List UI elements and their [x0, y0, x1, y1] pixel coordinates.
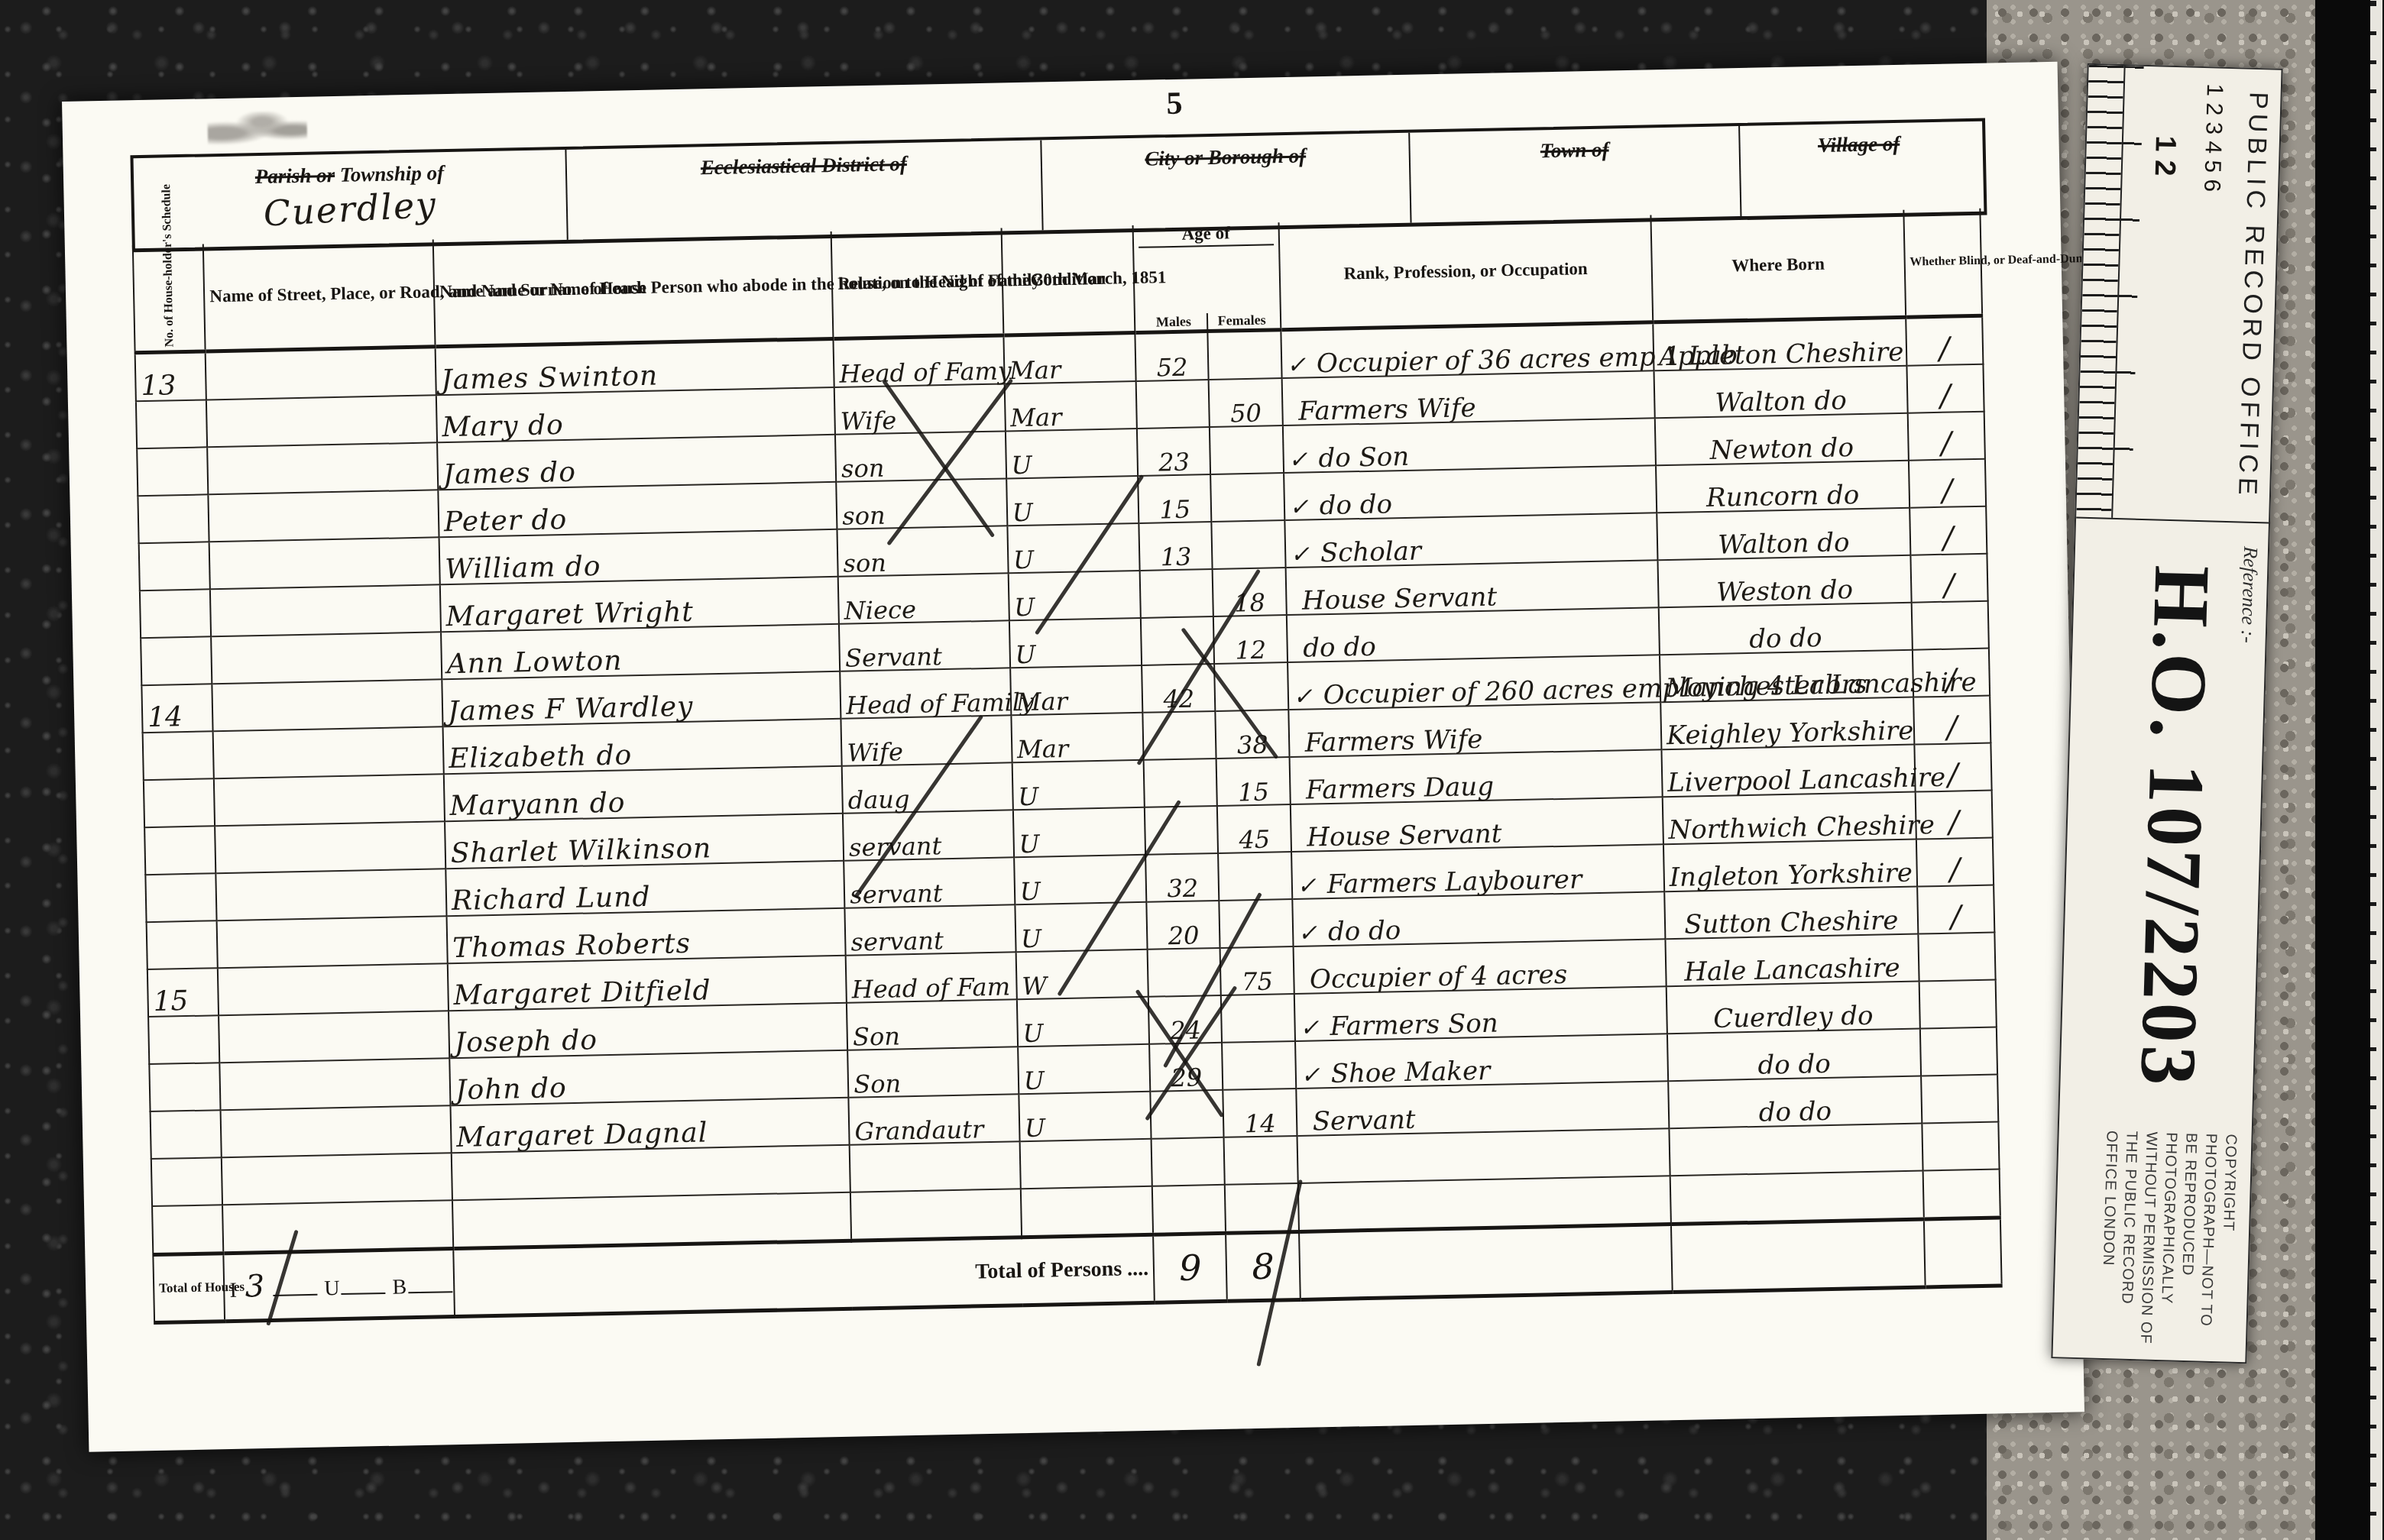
occupation-cell: Servant [1296, 1081, 1669, 1136]
schedule-number [151, 1110, 222, 1159]
inhabited-count: 3 [245, 1269, 266, 1305]
age-female-cell: 38 [1216, 710, 1289, 759]
birthplace-cell: Keighley Yorkshire [1660, 697, 1914, 750]
blind-mark-cell [1922, 1170, 2000, 1220]
age-male-cell [1148, 948, 1221, 997]
schedule-number [144, 826, 215, 875]
pro-reference-strip: PUBLIC RECORD OFFICE 1 2 3 4 5 6 1 2 Ref… [2051, 63, 2282, 1364]
birthplace-cell: Northwich Cheshire [1663, 792, 1916, 845]
person-name: Thomas Roberts [446, 908, 845, 963]
occupation-cell: Farmers Daug [1289, 749, 1662, 804]
person-name: Elizabeth do [442, 719, 841, 774]
census-page: 5 Parish or Township of Cuerdley Ecclesi… [62, 62, 2084, 1452]
age-female-cell: 18 [1213, 568, 1286, 616]
condition-cell: U [1018, 1044, 1151, 1094]
reference-block: Reference :- H.O. 107/2203 [2059, 519, 2269, 1127]
occupation-cell [1297, 1176, 1670, 1231]
street-cell [214, 774, 445, 826]
condition-cell: U [1006, 476, 1139, 526]
col-header-schedule: No. of House-holder's Schedule [133, 244, 206, 352]
reference-number: H.O. 107/2203 [2121, 528, 2229, 1126]
blind-mark-cell: / [1913, 696, 1991, 745]
age-female-cell: 15 [1216, 757, 1290, 806]
occupation-cell: Occupier of 4 acres [1293, 939, 1666, 994]
age-female-cell [1220, 899, 1293, 948]
person-name: William do [439, 529, 838, 584]
age-male-cell [1136, 380, 1210, 429]
relation-cell: Head of Famy [834, 335, 1005, 387]
age-male-cell [1152, 1137, 1225, 1186]
person-name: Maryann do [444, 766, 843, 821]
occupation-cell: ✓Farmers Laybourer [1291, 844, 1664, 899]
ecclesiastical-district-cell: Ecclesiastical District of [566, 140, 1043, 239]
schedule-number [148, 1015, 219, 1064]
village-label: Village of [1818, 132, 1900, 157]
condition-cell: Mar [1003, 332, 1136, 383]
age-female-cell: 45 [1217, 804, 1291, 853]
schedule-number [152, 1205, 223, 1254]
birthplace-cell: Walton do [1657, 508, 1910, 561]
census-scan-page: { "page": { "number": "5" }, "district_h… [0, 0, 2384, 1540]
blind-mark-cell: / [1906, 364, 1984, 413]
condition-cell [1021, 1186, 1154, 1237]
col-header-occupation: Rank, Profession, or Occupation [1278, 215, 1653, 329]
relation-cell: servant [843, 810, 1014, 860]
birthplace-cell: Walton do [1654, 366, 1907, 419]
age-male-cell: 23 [1137, 427, 1210, 476]
occupation-cell: ✓Scholar [1284, 513, 1657, 568]
village-cell: Village of [1740, 121, 1978, 216]
schedule-number: 14 [141, 684, 212, 733]
birthplace-cell: Manchester Lancashire [1660, 650, 1913, 703]
age-male-cell [1145, 806, 1218, 855]
enumerator-tick: ✓ [1301, 1062, 1320, 1089]
street-cell [210, 584, 441, 636]
schedule-number [145, 873, 216, 922]
reference-label: Reference :- [2237, 546, 2263, 644]
enumerator-tick [1303, 1157, 1304, 1184]
enumerator-tick [1304, 1205, 1304, 1231]
condition-cell: U [1009, 618, 1142, 668]
relation-cell: Niece [838, 573, 1009, 623]
person-name: Margaret Wright [440, 577, 839, 632]
blind-mark-cell [1918, 933, 1996, 982]
pro-office-title: PUBLIC RECORD OFFICE [2231, 69, 2274, 522]
birthplace-cell: Appleton Cheshire [1653, 317, 1906, 370]
ruler-numbers-big: 1 2 [2140, 135, 2182, 451]
pencil-smudge [207, 111, 307, 148]
condition-cell: U [1013, 807, 1146, 857]
total-persons-females: 8 [1226, 1231, 1300, 1301]
relation-cell: Son [847, 999, 1018, 1050]
total-persons-males: 9 [1153, 1233, 1227, 1302]
film-edge-markings [2370, 0, 2382, 1540]
condition-cell: Mar [1004, 381, 1137, 431]
condition-cell: U [1007, 523, 1140, 573]
occupation-cell: ✓Shoe Maker [1295, 1034, 1668, 1089]
col-header-name: Name and Surname of each Person who abod… [433, 231, 834, 347]
birthplace-cell: do do [1667, 1029, 1921, 1082]
enumerator-tick [1292, 636, 1293, 663]
age-female-cell [1212, 520, 1285, 569]
blind-mark-cell [1922, 1122, 2000, 1171]
schedule-number [137, 447, 208, 496]
relation-cell: Grandautr [849, 1094, 1020, 1144]
age-female-cell [1222, 1041, 1295, 1090]
birthplace-cell: Newton do [1655, 413, 1909, 466]
age-female-cell [1208, 330, 1281, 380]
occupation-cell: ✓do do [1284, 465, 1657, 520]
pro-ruler: PUBLIC RECORD OFFICE 1 2 3 4 5 6 1 2 [2076, 65, 2281, 524]
condition-cell: U [1019, 1092, 1152, 1141]
occupation-cell: ✓Farmers Son [1294, 986, 1667, 1041]
age-male-cell: 13 [1139, 522, 1213, 571]
enumerator-tick [1294, 731, 1295, 758]
street-cell [222, 1200, 453, 1254]
blind-mark-cell: / [1907, 412, 1985, 461]
person-name: John do [449, 1050, 848, 1105]
condition-cell: Mar [1010, 665, 1143, 715]
town-label: Town of [1540, 137, 1609, 162]
age-female-cell: 14 [1223, 1089, 1297, 1137]
street-cell [209, 537, 440, 589]
census-table: No. of House-holder's Schedule Name of S… [132, 209, 2003, 1325]
totals-blank-occupation [1299, 1225, 1673, 1300]
blind-mark-cell: / [1906, 315, 1984, 366]
condition-cell [1019, 1139, 1152, 1189]
blind-mark-cell: / [1910, 554, 1988, 603]
relation-cell: Son [847, 1047, 1019, 1097]
condition-cell: U [1012, 760, 1145, 810]
age-male-cell: 32 [1145, 853, 1219, 902]
occupation-cell: Farmers Wife [1281, 370, 1654, 425]
age-male-cell: 15 [1138, 474, 1211, 523]
enumerator-tick: ✓ [1297, 872, 1317, 899]
occupation-cell: Farmers Wife [1288, 702, 1661, 757]
schedule-number [144, 778, 215, 827]
schedule-number [151, 1157, 222, 1206]
enumerator-tick [1291, 589, 1292, 616]
schedule-number [136, 400, 207, 448]
age-female-cell [1211, 473, 1284, 522]
street-cell [218, 963, 449, 1015]
city-borough-label: City or Borough of [1145, 144, 1306, 170]
blind-mark-cell: / [1909, 506, 1987, 555]
relation-cell: servant [845, 904, 1016, 955]
age-male-cell: 42 [1142, 664, 1215, 713]
schedule-number [141, 636, 212, 685]
birthplace-cell: Hale Lancashire [1665, 934, 1919, 987]
enumerator-tick [1288, 400, 1288, 426]
enumerator-tick [1296, 826, 1297, 852]
birthplace-cell: Runcorn do [1656, 461, 1909, 513]
schedule-number [147, 920, 218, 969]
schedule-number [139, 542, 210, 590]
occupation-cell: do do [1286, 607, 1659, 662]
enumerator-tick: ✓ [1288, 446, 1308, 473]
birthplace-cell: Weston do [1657, 555, 1911, 608]
city-borough-cell: City or Borough of [1041, 133, 1411, 231]
ruler-numbers: 1 2 3 4 5 6 [2190, 83, 2227, 506]
col-header-relation: Relation to Head of Family [831, 228, 1003, 338]
total-persons-label: Total of Persons .... [453, 1234, 1155, 1316]
blind-mark-cell [1921, 1075, 1999, 1124]
birthplace-cell: Sutton Cheshire [1664, 887, 1918, 940]
age-male-cell: 52 [1135, 332, 1209, 381]
birthplace-cell: do do [1668, 1076, 1922, 1129]
relation-cell: Wife [841, 715, 1012, 765]
age-female-cell [1210, 425, 1283, 474]
person-name: Margaret Dagnal [450, 1098, 849, 1153]
total-houses-label: Total of Houses [153, 1254, 225, 1323]
person-name: Sharlet Wilkinson [445, 814, 844, 869]
schedule-number [149, 1063, 220, 1111]
birthplace-cell [1670, 1171, 1924, 1225]
occupation-cell: ✓do do [1292, 891, 1665, 946]
person-name: James Swinton [436, 338, 834, 395]
blind-mark-cell: / [1916, 838, 1994, 887]
person-name: Joseph do [449, 1003, 847, 1058]
person-name [452, 1145, 850, 1200]
copyright-notice: COPYRIGHT PHOTOGRAPH—NOT TO BE REPRODUCE… [2053, 1121, 2252, 1359]
enumerator-tick [1299, 968, 1300, 995]
condition-cell: U [1015, 902, 1148, 952]
houses-counts: I 3 U B [224, 1249, 455, 1322]
occupation-cell [1297, 1128, 1670, 1183]
schedule-number: 15 [147, 968, 219, 1017]
relation-cell: Servant [839, 620, 1010, 671]
totals-blank-born [1671, 1219, 1926, 1292]
person-name: Richard Lund [445, 861, 844, 916]
street-cell [216, 869, 447, 920]
street-cell [207, 442, 438, 494]
enumerator-tick: ✓ [1298, 920, 1318, 946]
person-name [452, 1192, 851, 1249]
age-male-cell [1152, 1185, 1226, 1234]
enumerator-tick: ✓ [1287, 352, 1307, 379]
birthplace-cell: Liverpool Lancashire [1661, 745, 1915, 797]
occupation-cell: House Servant [1285, 560, 1658, 615]
relation-cell: daug [842, 762, 1013, 813]
enumerator-tick [1295, 778, 1296, 805]
blind-mark-cell: / [1909, 459, 1987, 508]
person-name: James do [437, 435, 836, 490]
street-cell [222, 1153, 452, 1205]
town-cell: Town of [1410, 126, 1741, 223]
occupation-cell: ✓Occupier of 36 acres emp 1 Lab [1281, 322, 1654, 378]
condition-cell: Mar [1011, 713, 1144, 762]
schedule-number [138, 494, 209, 543]
building-count [408, 1291, 452, 1293]
blind-mark-cell [1920, 1027, 1998, 1076]
col-header-born: Where Born [1650, 210, 1906, 322]
age-female-cell [1221, 994, 1294, 1043]
birthplace-cell [1669, 1124, 1922, 1176]
relation-cell [850, 1141, 1021, 1192]
relation-cell: Head of Fam [846, 952, 1017, 1002]
age-female-cell [1224, 1136, 1297, 1185]
person-name: Peter do [438, 482, 837, 537]
birthplace-cell: Ingleton Yorkshire [1663, 840, 1917, 892]
age-male-cell [1144, 759, 1217, 807]
birthplace-cell: do do [1659, 603, 1913, 655]
age-male-cell [1140, 569, 1213, 618]
blind-mark-cell [1919, 980, 1997, 1029]
schedule-number [143, 731, 214, 780]
parish-cell: Parish or Township of Cuerdley [134, 150, 568, 248]
schedule-number: 13 [135, 351, 206, 401]
col-header-blind: Whether Blind, or Deaf-and-Dumb [1903, 209, 1982, 317]
schedule-number [140, 589, 211, 638]
street-cell [217, 916, 448, 968]
person-name: Ann Lowton [441, 624, 840, 679]
ecclesiastical-district-label: Ecclesiastical District of [701, 152, 908, 179]
relation-cell: Head of Family [840, 668, 1011, 718]
street-cell [220, 1058, 451, 1110]
condition-cell: U [1006, 429, 1139, 478]
relation-cell: son [837, 526, 1009, 576]
relation-cell: Wife [834, 383, 1006, 434]
person-name: Mary do [436, 387, 835, 442]
totals-blank-blind [1924, 1218, 2002, 1287]
person-name: Margaret Ditfield [448, 956, 847, 1011]
age-female-cell: 50 [1209, 378, 1282, 427]
enumerator-tick: ✓ [1300, 1014, 1320, 1041]
street-cell [212, 679, 443, 731]
enumerator-tick [1302, 1110, 1303, 1137]
street-cell [213, 726, 444, 778]
col-header-street: Name of Street, Place, or Road, and Name… [203, 239, 435, 351]
blind-mark-cell: / [1917, 885, 1995, 934]
enumerator-tick: ✓ [1289, 493, 1309, 520]
age-male-cell: 20 [1147, 901, 1220, 950]
street-cell [206, 347, 436, 400]
street-cell [211, 632, 442, 684]
occupation-cell: ✓Occupier of 260 acres employing 4 Labrs [1288, 655, 1660, 710]
condition-cell: U [1017, 997, 1150, 1047]
occupation-cell: ✓do Son [1283, 418, 1656, 473]
table-body: 13 James Swinton Head of Famy Mar 52 ✓Oc… [135, 315, 2000, 1254]
person-name: James F Wardley [442, 671, 841, 726]
enumerator-tick: ✓ [1293, 683, 1313, 710]
condition-cell: U [1014, 855, 1147, 904]
parish-value: Cuerdley [134, 176, 567, 241]
occupation-cell: House Servant [1290, 797, 1663, 852]
blind-mark-cell [1911, 601, 1989, 650]
relation-cell [850, 1189, 1022, 1241]
street-cell [209, 490, 439, 542]
uninhabited-count [342, 1292, 386, 1295]
relation-cell: servant [844, 857, 1015, 907]
street-cell [206, 395, 437, 447]
street-cell [215, 821, 445, 873]
enumerator-tick: ✓ [1291, 541, 1310, 568]
relation-cell: son [835, 431, 1006, 481]
street-cell [219, 1011, 449, 1063]
age-female-cell [1219, 852, 1292, 901]
birthplace-cell: Cuerdley do [1667, 982, 1920, 1034]
street-cell [221, 1105, 452, 1157]
page-number: 5 [1166, 86, 1183, 122]
